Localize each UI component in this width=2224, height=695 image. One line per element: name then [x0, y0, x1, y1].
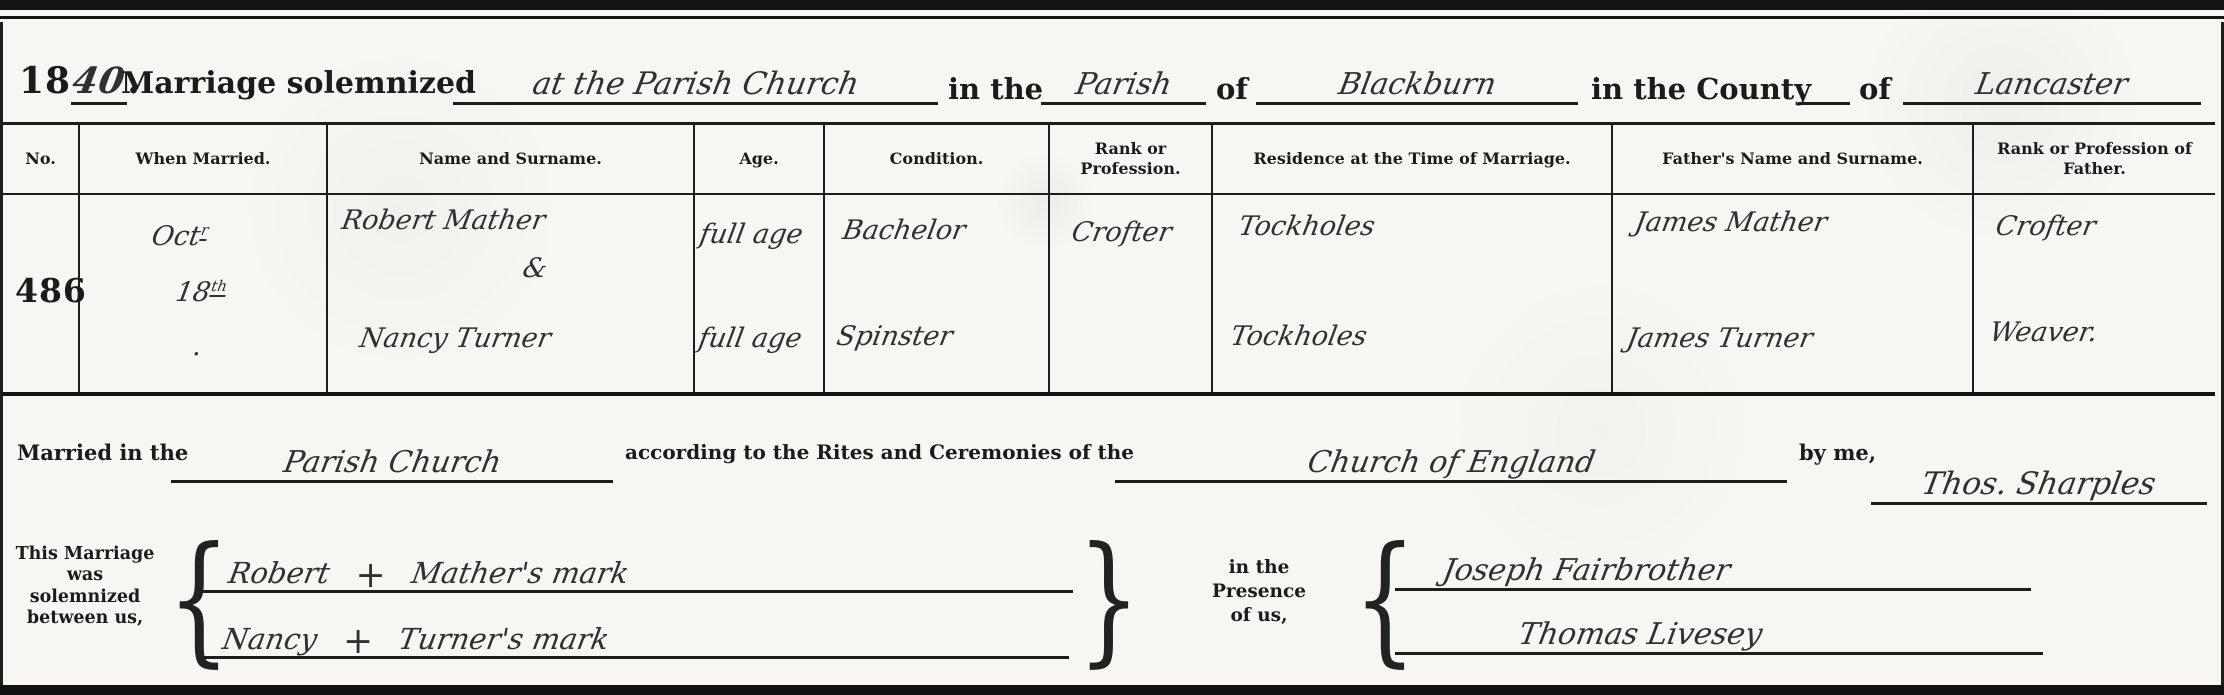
county-handwritten: Lancaster — [1973, 67, 2131, 102]
town-handwritten: Blackburn — [1336, 67, 1499, 102]
bride-signature-line: Nancy+Turner's mark — [201, 598, 1069, 659]
place-blank: at the Parish Church — [453, 36, 938, 105]
bride-age-handwritten: full age — [699, 323, 802, 354]
cell-entry-number: 486 — [3, 195, 80, 395]
label-line: Presence — [1181, 580, 1337, 604]
label-line: of us, — [1181, 604, 1337, 628]
bride-mark-cross: + — [343, 624, 373, 660]
year-printed: 18 — [19, 60, 71, 102]
officiant-signature: Thos. Sharples — [1871, 436, 2207, 505]
year-handwritten: 40 — [71, 60, 127, 105]
col-header-when-married: When Married. — [80, 125, 328, 195]
cell-conditions: Bachelor Spinster — [825, 195, 1050, 395]
cell-residences: Tockholes Tockholes — [1213, 195, 1613, 395]
attestation-row: This Marriage was solemnized between us,… — [3, 528, 2215, 685]
groom-father-name-handwritten: James Mather — [1635, 207, 1827, 238]
witness-1-line: Joseph Fairbrother — [1395, 532, 2031, 591]
label-line: solemnized — [7, 587, 163, 608]
groom-signature-line: Robert+Mather's mark — [201, 532, 1073, 593]
place-handwritten: at the Parish Church — [530, 66, 862, 102]
label-line: This Marriage — [7, 544, 163, 565]
label-line: in the — [1181, 556, 1337, 580]
presence-label: in the Presence of us, — [1181, 556, 1337, 628]
this-marriage-label: This Marriage was solemnized between us, — [7, 544, 163, 629]
marriage-month-handwritten: Octr — [152, 221, 207, 252]
col-header-age: Age. — [695, 125, 825, 195]
col-header-condition: Condition. — [825, 125, 1050, 195]
rites-label: according to the Rites and Ceremonies of… — [625, 440, 1134, 464]
bride-father-profession-handwritten: Weaver. — [1990, 317, 2097, 348]
cell-professions: Crofter — [1050, 195, 1213, 395]
entry-number: 486 — [15, 271, 87, 310]
col-header-rank-profession: Rank or Profession. — [1050, 125, 1213, 195]
groom-residence-handwritten: Tockholes — [1239, 211, 1375, 242]
in-the-label: in the — [948, 72, 1043, 106]
marriage-register-page: 1840. Marriage solemnized at the Parish … — [0, 0, 2224, 695]
bottom-rule — [0, 685, 2224, 695]
marriage-date-period: . — [192, 331, 201, 362]
denomination-handwritten: Church of England — [1305, 445, 1598, 480]
groom-name-handwritten: Robert Mather — [342, 205, 545, 236]
church-handwritten: Parish Church — [280, 445, 503, 480]
bride-signature: Nancy+Turner's mark — [201, 620, 609, 656]
register-table: No. When Married. Name and Surname. Age.… — [3, 122, 2215, 395]
by-me-label: by me, — [1799, 440, 1876, 465]
groom-condition-handwritten: Bachelor — [843, 215, 965, 246]
title-row: 1840. Marriage solemnized at the Parish … — [3, 22, 2215, 122]
col-header-father-name: Father's Name and Surname. — [1613, 125, 1974, 195]
of-label: of — [1216, 72, 1248, 106]
parish-blank: Parish — [1041, 36, 1206, 105]
bride-condition-handwritten: Spinster — [837, 321, 952, 352]
solemnized-label: Marriage solemnized — [121, 66, 476, 101]
of-label-2: of — [1859, 72, 1891, 106]
col-header-no: No. — [3, 125, 80, 195]
cell-names: Robert Mather & Nancy Turner — [328, 195, 695, 395]
bride-residence-handwritten: Tockholes — [1231, 321, 1367, 352]
church-blank: Parish Church — [171, 416, 613, 483]
ceremony-row: Married in the Parish Church according t… — [3, 396, 2215, 528]
close-brace: } — [1077, 529, 1140, 670]
register-frame: 1840. Marriage solemnized at the Parish … — [0, 22, 2224, 685]
col-header-father-rank: Rank or Profession of Father. — [1974, 125, 2215, 195]
top-double-rule — [0, 0, 2224, 22]
parish-handwritten: Parish — [1073, 67, 1175, 102]
cell-ages: full age full age — [695, 195, 825, 395]
label-line: was — [7, 565, 163, 586]
county-gap-blank — [1798, 36, 1850, 105]
label-line: between us, — [7, 608, 163, 629]
married-in-label: Married in the — [17, 440, 188, 465]
denomination-blank: Church of England — [1115, 416, 1787, 483]
groom-profession-handwritten: Crofter — [1072, 217, 1172, 248]
town-blank: Blackburn — [1256, 36, 1578, 105]
groom-mark-cross: + — [356, 558, 386, 594]
bride-name-handwritten: Nancy Turner — [360, 323, 551, 354]
witness-2-line: Thomas Livesey — [1395, 596, 2043, 655]
groom-signature: Robert+Mather's mark — [201, 554, 628, 590]
county-blank: Lancaster — [1903, 36, 2201, 105]
witness-2-signature: Thomas Livesey — [1395, 617, 1762, 652]
county-label: in the County — [1591, 72, 1811, 106]
cell-father-names: James Mather James Turner — [1613, 195, 1974, 395]
groom-age-handwritten: full age — [700, 219, 803, 250]
col-header-name-surname: Name and Surname. — [328, 125, 695, 195]
ink-flourish: & — [523, 253, 547, 284]
cell-when-married: Octr 18th . — [80, 195, 328, 395]
col-header-residence: Residence at the Time of Marriage. — [1213, 125, 1613, 195]
bride-father-name-handwritten: James Turner — [1627, 323, 1813, 354]
witness-1-signature: Joseph Fairbrother — [1395, 553, 1730, 588]
groom-father-profession-handwritten: Crofter — [1996, 211, 2096, 242]
cell-father-professions: Crofter Weaver. — [1974, 195, 2215, 395]
marriage-day-handwritten: 18th — [176, 277, 226, 308]
